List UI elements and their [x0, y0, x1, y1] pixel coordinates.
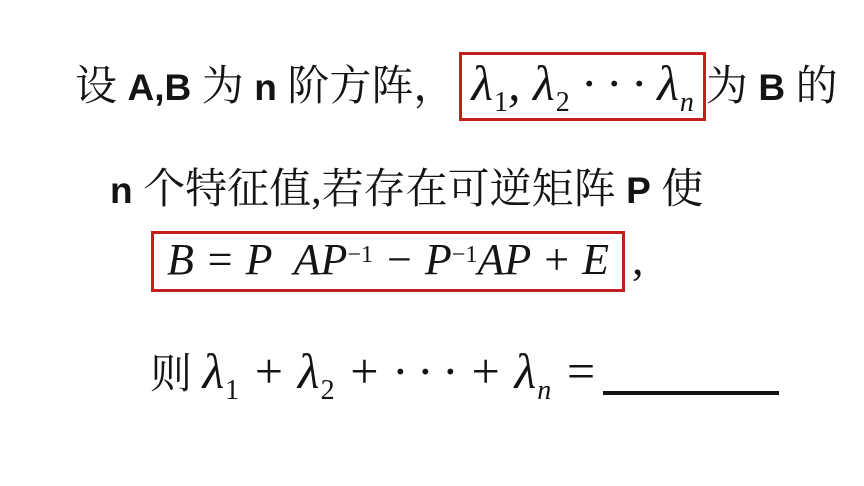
line2-text-n: n	[110, 170, 133, 211]
lambda-1: λ	[203, 343, 225, 399]
formula-part-2: − P	[373, 235, 452, 284]
line1-text-n: n	[254, 67, 277, 108]
line1-text-wei: 为	[191, 64, 254, 110]
lambda-n-subscript: n	[537, 375, 551, 406]
line-1: 设 A,B 为 n 阶方阵， λ1, λ2 · · · λn为 B 的	[75, 52, 838, 121]
lambda-n-subscript: n	[680, 87, 694, 118]
answer-blank-line	[603, 391, 779, 395]
eigenvalues-highlight-box: λ1, λ2 · · · λn	[459, 52, 705, 121]
line-3: B = P AP−1 − P−1AP + E,	[151, 231, 644, 292]
line1-text-jiefangzhen: 阶方阵，	[277, 64, 456, 110]
line1-text-de: 的	[785, 64, 838, 110]
line1-text-wei2: 为	[706, 64, 759, 110]
formula-superscript-1: −1	[347, 241, 373, 268]
line1-text-she: 设	[75, 64, 128, 110]
line4-text-ze: 则	[150, 352, 203, 398]
lambda-2-subscript: 2	[556, 87, 570, 118]
plus-lambda-2: + λ	[239, 343, 319, 399]
sum-expression: λ1 + λ2 + · · · + λn =	[203, 343, 598, 399]
formula-superscript-2: −1	[452, 241, 478, 268]
lambda-1-subscript: 1	[225, 375, 239, 406]
line1-text-B: B	[758, 67, 785, 108]
dots-lambda-n: · · · λ	[570, 55, 679, 111]
formula-trailing-comma: ,	[632, 233, 644, 284]
lambda-1: λ	[471, 55, 493, 111]
line2-text-middle: 个特征值,若存在可逆矩阵	[133, 167, 627, 213]
line1-text-AB: A,B	[128, 67, 192, 108]
plus-dots-lambda-n: + · · · + λ	[335, 343, 537, 399]
math-problem-slide: 设 A,B 为 n 阶方阵， λ1, λ2 · · · λn为 B 的 n 个特…	[0, 0, 864, 486]
formula-part-3: AP + E	[477, 235, 609, 284]
equals-sign: =	[551, 343, 597, 399]
lambda-1-subscript: 1	[494, 87, 508, 118]
line2-text-shi: 使	[651, 167, 704, 213]
formula-highlight-box: B = P AP−1 − P−1AP + E	[151, 231, 625, 292]
line-2: n 个特征值,若存在可逆矩阵 P 使	[110, 156, 703, 216]
formula-part-1: B = P AP	[167, 235, 347, 284]
line2-text-P: P	[626, 170, 651, 211]
line-4: 则 λ1 + λ2 + · · · + λn =	[150, 341, 779, 401]
lambda-2-subscript: 2	[321, 375, 335, 406]
lambda-2: , λ	[508, 55, 555, 111]
